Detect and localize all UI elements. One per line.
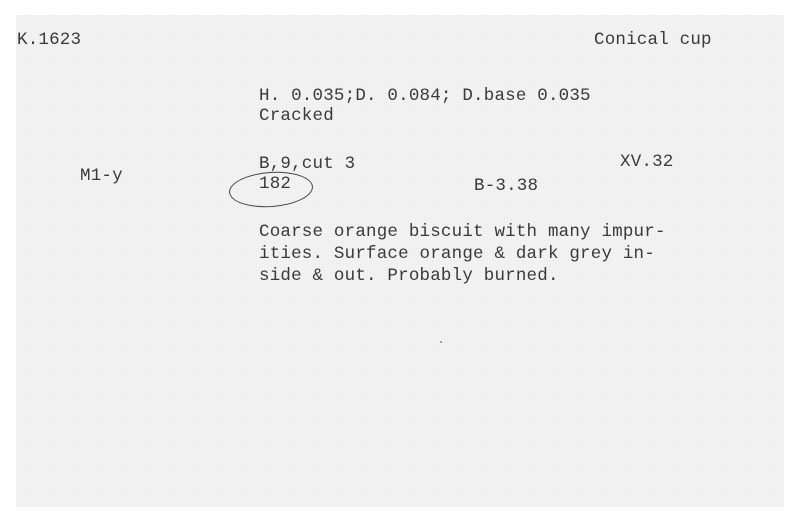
reference: B-3.38 [474,176,538,196]
description-line: side & out. Probably burned. [259,266,559,286]
condition: Cracked [259,106,334,126]
context-code: M1-y [80,166,123,186]
object-type: Conical cup [594,30,712,50]
paper-speck [440,341,442,343]
circled-number: 182 [259,174,291,194]
plate-ref: XV.32 [620,152,674,172]
description-line: ities. Surface orange & dark grey in- [259,244,655,264]
catalog-number: K.1623 [17,30,81,50]
dimensions: H. 0.035;D. 0.084; D.base 0.035 [259,86,591,106]
description-line: Coarse orange biscuit with many impur- [259,222,666,242]
